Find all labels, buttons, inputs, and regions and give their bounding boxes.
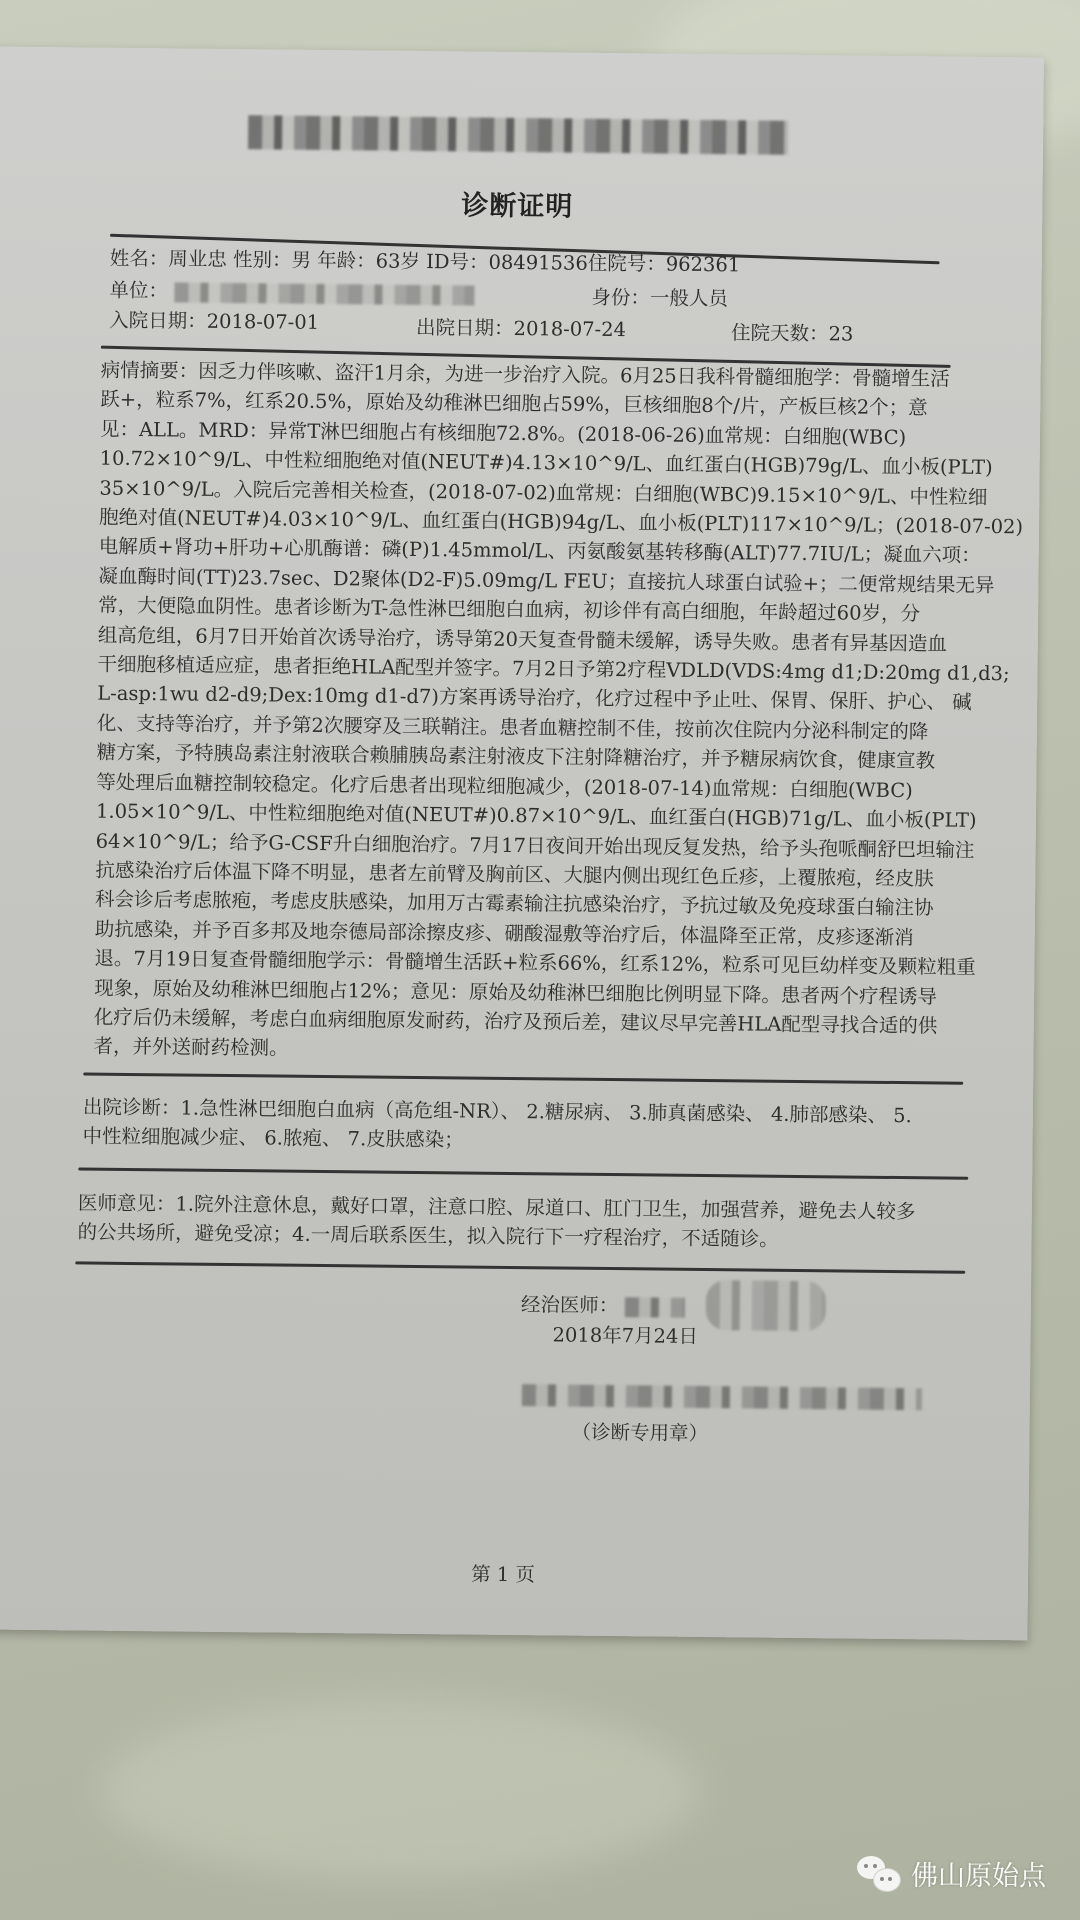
divider xyxy=(83,1072,963,1084)
signature-date: 2018年7月24日 xyxy=(552,1320,698,1351)
hospital-name-redacted xyxy=(248,115,788,155)
case-summary: 病情摘要：因乏力伴咳嗽、盗汗1月余，为进一步治疗入院。6月25日我科骨髓细胞学：… xyxy=(93,356,1024,1071)
stamp-caption: （诊断专用章） xyxy=(571,1418,708,1448)
discharge-diagnosis: 出院诊断：1.急性淋巴细胞白血病（高危组-NR）、 2.糖尿病、 3.肺真菌感染… xyxy=(82,1092,911,1159)
handwritten-signature-redacted xyxy=(706,1280,827,1331)
patient-identity: 身份：一般人员 xyxy=(591,283,728,313)
divider xyxy=(75,1261,965,1273)
unit-value-redacted xyxy=(174,282,474,305)
page-number: 第 1 页 xyxy=(0,1554,1028,1594)
divider xyxy=(78,1167,968,1179)
document-title: 诊断证明 xyxy=(0,178,1043,228)
patient-unit: 单位： xyxy=(109,276,474,309)
unit-label: 单位： xyxy=(109,279,168,303)
stamp-text-redacted xyxy=(522,1384,922,1410)
doctor-advice: 医师意见：1.院外注意休息，戴好口罩，注意口腔、尿道口、肛门卫生，加强营养，避免… xyxy=(77,1188,915,1256)
cloth-fold xyxy=(100,1700,700,1880)
discharge-date: 出院日期：2018-07-24 xyxy=(416,313,626,344)
watermark: 佛山原始点 xyxy=(857,1854,1046,1893)
doctor-label: 经治医师： xyxy=(521,1293,619,1317)
patient-info-line: 姓名：周业忠 性别：男 年龄：63岁 ID号：08491536住院号：96236… xyxy=(110,244,741,280)
admit-date: 入院日期：2018-07-01 xyxy=(109,306,319,337)
watermark-text: 佛山原始点 xyxy=(911,1854,1046,1893)
document-page: 诊断证明 姓名：周业忠 性别：男 年龄：63岁 ID号：08491536住院号：… xyxy=(0,47,1044,1641)
doctor-name-redacted xyxy=(624,1297,684,1318)
wechat-icon xyxy=(857,1856,901,1892)
stay-days: 住院天数：23 xyxy=(731,318,854,348)
attending-doctor: 经治医师： xyxy=(521,1290,685,1321)
